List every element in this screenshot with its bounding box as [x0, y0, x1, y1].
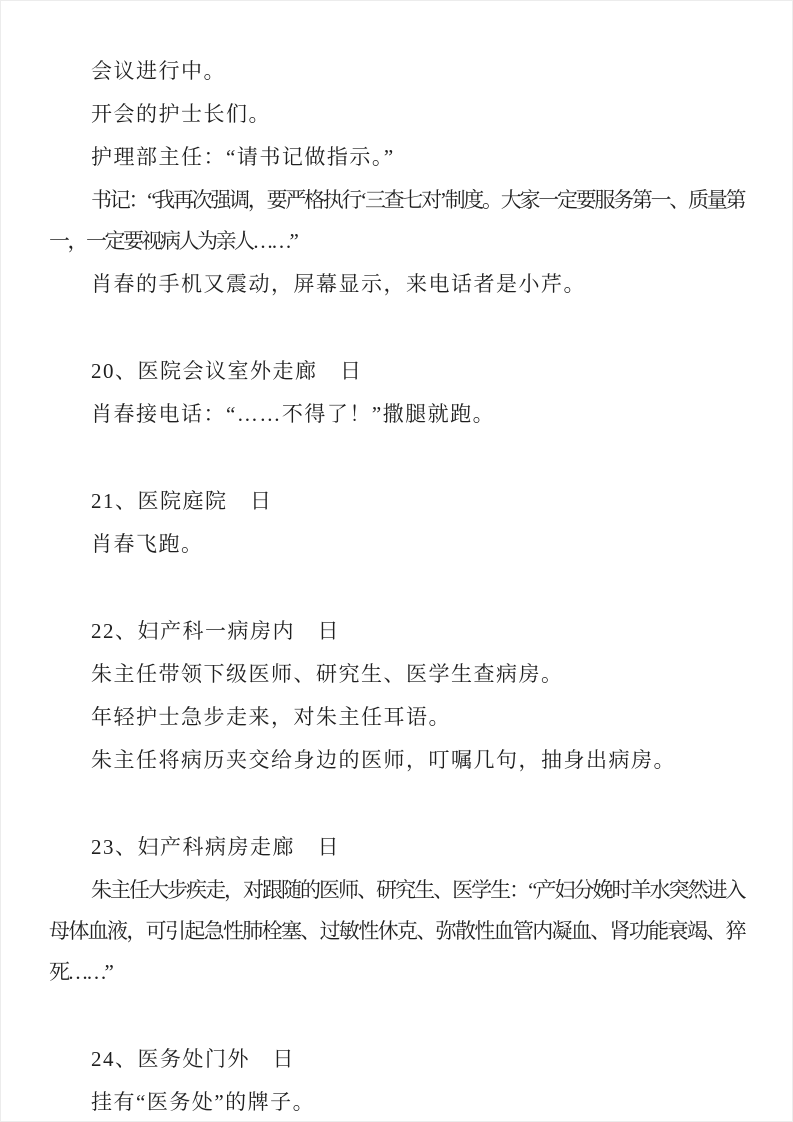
blank-line: [49, 307, 744, 351]
dialogue-paragraph: 朱主任大步疾走，对跟随的医师、研究生、医学生：“产妇分娩时羊水突然进入母体血液，…: [49, 870, 744, 993]
blank-line: [49, 437, 744, 481]
scene-heading: 24、医务处门外 日: [49, 1039, 744, 1080]
dialogue-paragraph: 护理部主任：“请书记做指示。”: [49, 137, 744, 178]
action-paragraph: 年轻护士急步走来，对朱主任耳语。: [49, 697, 744, 738]
document-page: 会议进行中。开会的护士长们。护理部主任：“请书记做指示。”书记：“我再次强调，要…: [0, 0, 793, 1122]
scene-heading: 22、妇产科一病房内 日: [49, 611, 744, 652]
document-body[interactable]: 会议进行中。开会的护士长们。护理部主任：“请书记做指示。”书记：“我再次强调，要…: [49, 51, 744, 1081]
blank-line: [49, 995, 744, 1039]
scene-heading: 23、妇产科病房走廊 日: [49, 827, 744, 868]
action-paragraph: 挂有“医务处”的牌子。: [49, 1082, 744, 1122]
action-paragraph: 朱主任将病历夹交给身边的医师，叮嘱几句，抽身出病房。: [49, 740, 744, 781]
scene-heading: 20、医院会议室外走廊 日: [49, 351, 744, 392]
action-paragraph: 朱主任带领下级医师、研究生、医学生查病房。: [49, 654, 744, 695]
dialogue-paragraph: 书记：“我再次强调，要严格执行‘三查七对’制度。大家一定要服务第一、质量第一，一…: [49, 180, 744, 262]
action-paragraph: 肖春的手机又震动，屏幕显示，来电话者是小芹。: [49, 264, 744, 305]
dialogue-paragraph: 肖春接电话：“……不得了！”撒腿就跑。: [49, 394, 744, 435]
scene-heading: 21、医院庭院 日: [49, 481, 744, 522]
action-paragraph: 开会的护士长们。: [49, 94, 744, 135]
blank-line: [49, 567, 744, 611]
action-paragraph: 肖春飞跑。: [49, 524, 744, 565]
blank-line: [49, 783, 744, 827]
action-paragraph: 会议进行中。: [49, 51, 744, 92]
